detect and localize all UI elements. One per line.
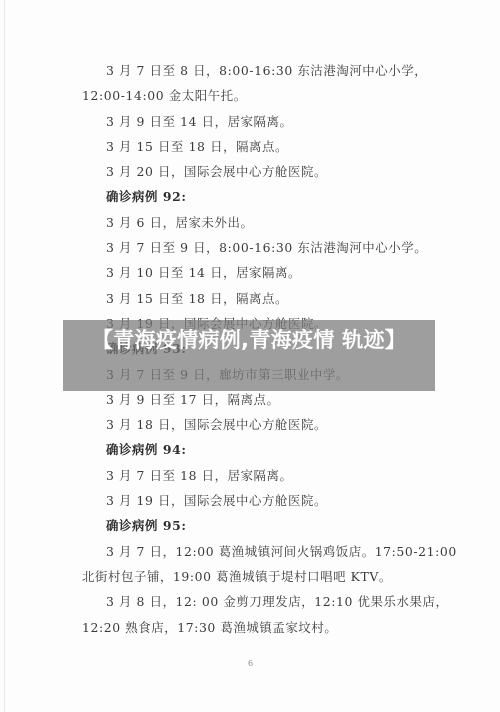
text-line: 3 月 8 日，12: 00 金剪刀理发店，12:10 优果乐水果店， (82, 589, 442, 614)
text-line: 3 月 19 日，国际会展中心方舱医院。 (82, 488, 442, 513)
text-line: 3 月 9 日至 14 日，居家隔离。 (82, 109, 442, 134)
text-line: 北街村包子铺，19:00 葛渔城镇于堤村口唱吧 KTV。 (82, 564, 442, 589)
text-line: 3 月 15 日至 18 日，隔离点。 (82, 286, 442, 311)
title-overlay-banner: 【青海疫情病例,青海疫情 轨迹】 (63, 320, 435, 391)
text-line: 3 月 18 日，国际会展中心方舱医院。 (82, 412, 442, 437)
text-line: 12:00-14:00 金太阳午托。 (82, 83, 442, 108)
text-line: 3 月 7 日至 8 日，8:00-16:30 东沽港淘河中心小学， (82, 58, 442, 83)
case-heading: 确诊病例 94: (82, 437, 442, 462)
text-line: 3 月 7 日，12:00 葛渔城镇河间火锅鸡饭店。17:50-21:00 (82, 539, 442, 564)
text-line: 3 月 6 日，居家未外出。 (82, 210, 442, 235)
case-heading: 确诊病例 95: (82, 513, 442, 538)
page-edge-line (4, 0, 5, 712)
text-line: 3 月 10 日至 14 日，居家隔离。 (82, 260, 442, 285)
text-line: 3 月 7 日至 18 日，居家隔离。 (82, 463, 442, 488)
text-line: 3 月 15 日至 18 日，隔离点。 (82, 134, 442, 159)
text-line: 3 月 7 日至 9 日，8:00-16:30 东沽港淘河中心小学。 (82, 235, 442, 260)
text-line: 12:20 熟食店，17:30 葛渔城镇孟家坟村。 (82, 615, 442, 640)
page-number: 6 (248, 659, 253, 668)
document-page: 3 月 7 日至 8 日，8:00-16:30 东沽港淘河中心小学， 12:00… (0, 0, 500, 712)
overlay-title: 【青海疫情病例,青海疫情 轨迹】 (74, 328, 424, 352)
case-heading: 确诊病例 92: (82, 184, 442, 209)
text-line: 3 月 20 日，国际会展中心方舱医院。 (82, 159, 442, 184)
